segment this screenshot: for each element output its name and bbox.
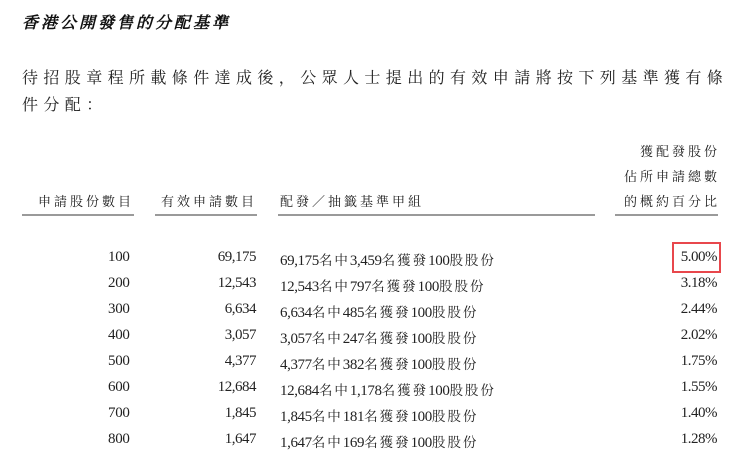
cell-shares: 700 bbox=[108, 405, 130, 422]
header-rule-basis bbox=[278, 214, 595, 216]
cell-shares: 200 bbox=[108, 275, 130, 292]
highlight-box bbox=[672, 242, 721, 273]
intro-paragraph: 待招股章程所載條件達成後，公眾人士提出的有效申請將按下列基準獲有條件分配： bbox=[22, 64, 732, 118]
cell-pct: 3.18% bbox=[681, 275, 717, 292]
cell-basis: 6,634名中485名獲發100股股份 bbox=[280, 301, 478, 322]
header-pct-line3: 的概約百分比 bbox=[624, 190, 720, 215]
cell-pct: 2.44% bbox=[681, 301, 717, 318]
header-valid-applications: 有效申請數目 bbox=[161, 190, 257, 215]
cell-basis: 1,647名中169名獲發100股股份 bbox=[280, 431, 478, 452]
cell-shares: 400 bbox=[108, 327, 130, 344]
table-row: 300 6,634 6,634名中485名獲發100股股份 2.44% bbox=[0, 301, 750, 327]
header-basis: 配發／抽籤基準甲組 bbox=[280, 190, 424, 215]
cell-basis: 4,377名中382名獲發100股股份 bbox=[280, 353, 478, 374]
header-rule-applications bbox=[155, 214, 257, 216]
cell-pct: 1.28% bbox=[681, 431, 717, 448]
header-pct-line2: 佔所申請總數 bbox=[624, 165, 720, 190]
header-rule-pct bbox=[615, 214, 718, 216]
table-row: 400 3,057 3,057名中247名獲發100股股份 2.02% bbox=[0, 327, 750, 353]
cell-pct: 1.40% bbox=[681, 405, 717, 422]
cell-basis: 3,057名中247名獲發100股股份 bbox=[280, 327, 478, 348]
cell-applications: 6,634 bbox=[225, 301, 256, 318]
cell-pct: 2.02% bbox=[681, 327, 717, 344]
cell-pct: 1.55% bbox=[681, 379, 717, 396]
cell-applications: 4,377 bbox=[225, 353, 256, 370]
cell-applications: 12,684 bbox=[218, 379, 256, 396]
cell-shares: 100 bbox=[108, 249, 130, 266]
cell-applications: 69,175 bbox=[218, 249, 256, 266]
table-row: 800 1,647 1,647名中169名獲發100股股份 1.28% bbox=[0, 431, 750, 457]
cell-applications: 1,845 bbox=[225, 405, 256, 422]
table-row: 200 12,543 12,543名中797名獲發100股股份 3.18% bbox=[0, 275, 750, 301]
cell-basis: 12,684名中1,178名獲發100股股份 bbox=[280, 379, 496, 400]
table-row: 700 1,845 1,845名中181名獲發100股股份 1.40% bbox=[0, 405, 750, 431]
table-row: 600 12,684 12,684名中1,178名獲發100股股份 1.55% bbox=[0, 379, 750, 405]
section-title: 香港公開發售的分配基準 bbox=[22, 10, 231, 33]
cell-basis: 1,845名中181名獲發100股股份 bbox=[280, 405, 478, 426]
cell-shares: 500 bbox=[108, 353, 130, 370]
cell-applications: 3,057 bbox=[225, 327, 256, 344]
cell-basis: 69,175名中3,459名獲發100股股份 bbox=[280, 249, 496, 270]
table-row: 500 4,377 4,377名中382名獲發100股股份 1.75% bbox=[0, 353, 750, 379]
header-shares-applied: 申請股份數目 bbox=[38, 190, 134, 215]
cell-shares: 800 bbox=[108, 431, 130, 448]
header-pct-line1: 獲配發股份 bbox=[640, 140, 720, 165]
cell-shares: 300 bbox=[108, 301, 130, 318]
cell-applications: 1,647 bbox=[225, 431, 256, 448]
cell-basis: 12,543名中797名獲發100股股份 bbox=[280, 275, 485, 296]
cell-applications: 12,543 bbox=[218, 275, 256, 292]
table-row: 100 69,175 69,175名中3,459名獲發100股股份 5.00% bbox=[0, 249, 750, 275]
header-rule-shares bbox=[22, 214, 134, 216]
cell-pct: 1.75% bbox=[681, 353, 717, 370]
cell-shares: 600 bbox=[108, 379, 130, 396]
